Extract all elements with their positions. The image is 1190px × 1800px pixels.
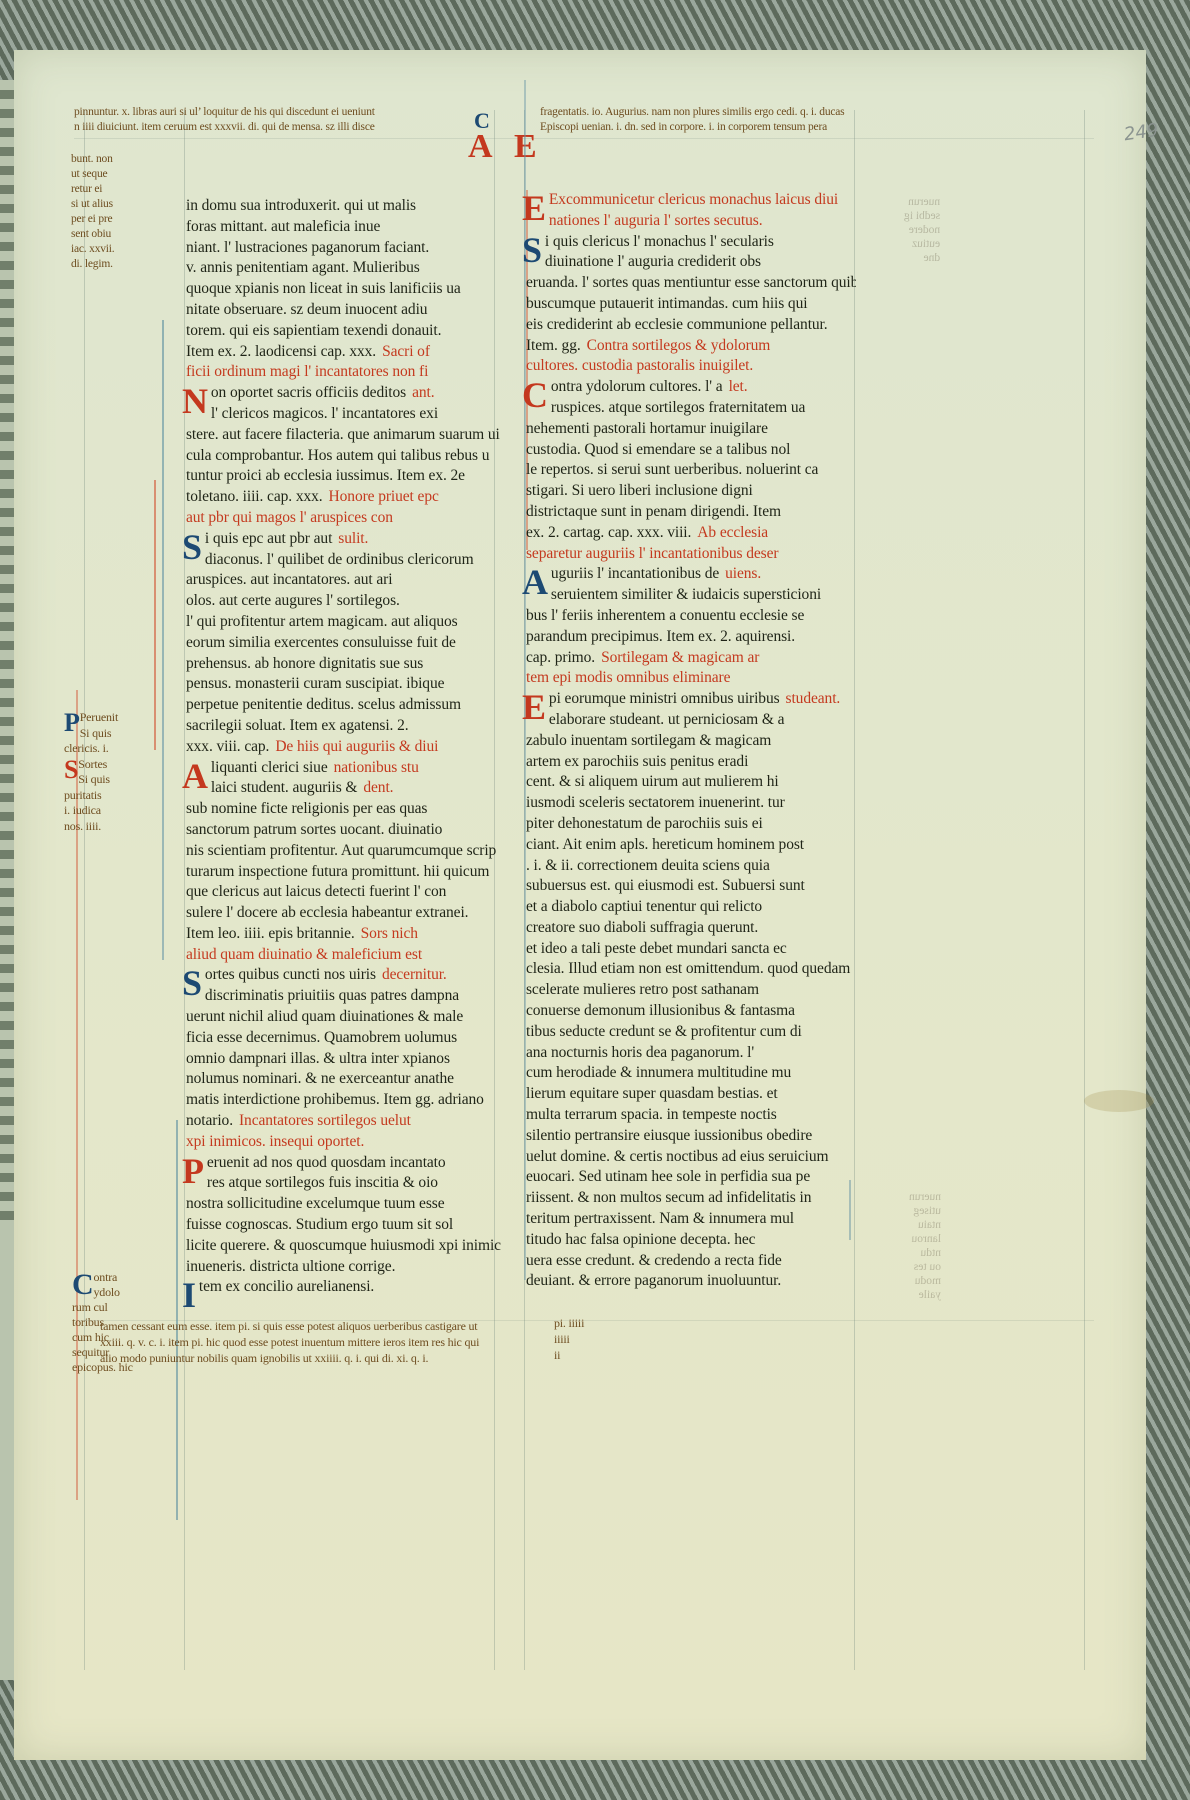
pen-flourish [154, 480, 156, 750]
rubric: nationes l' auguria l' sortes secutus. [549, 212, 763, 229]
text-line: iusmodi sceleris sectatorem inuenerint. … [526, 793, 856, 814]
text-line: quoque xpianis non liceat in suis lanifi… [186, 279, 501, 300]
text-line: parandum precipimus. Item ex. 2. aquiren… [526, 627, 856, 648]
text-line: niant. l' lustraciones paganorum faciant… [186, 238, 501, 259]
line-text: v. annis penitentiam agant. Mulieribus [186, 259, 420, 276]
text-line: nitate obseruare. sz deum inuocent adiu [186, 300, 501, 321]
rubric: xpi inimicos. insequi oportet. [186, 1133, 364, 1150]
text-line: inueneris. districta ultione corrige. [186, 1257, 501, 1278]
gloss-line: alio modo puniuntur nobilis quam ignobil… [100, 1350, 479, 1366]
text-line: artem ex parochiis suis penitus eradi [526, 752, 856, 773]
text-line: Item. gg.Contra sortilegos & ydolorum [526, 336, 856, 357]
text-line: tibus seducte credunt se & profitentur c… [526, 1022, 856, 1043]
line-text: ex. 2. cartag. cap. xxx. viii. [526, 524, 691, 541]
text-line: Si quis epc aut pbr autsulit. [186, 529, 501, 550]
left-middle-margin-gloss: PPeruenit Si quis clericis. i. SSortes S… [64, 710, 118, 834]
line-text: fuisse cognoscas. Studium ergo tuum sit … [186, 1216, 453, 1233]
bottom-gloss-left: tamen cessant eum esse. item pi. si quis… [100, 1318, 479, 1366]
text-line: notario.Incantatores sortilegos uelut [186, 1111, 501, 1132]
line-text: pensus. monasterii curam suscipiat. ibiq… [186, 675, 444, 692]
line-text: ruspices. atque sortilegos fraternitatem… [551, 399, 805, 416]
line-text: piter dehonestatum de parochiis suis ei [526, 815, 763, 832]
text-line: ciant. Ait enim apls. hereticum hominem … [526, 835, 856, 856]
text-line: Epi eorumque ministri omnibus uiribusstu… [526, 689, 856, 710]
text-line: in domu sua introduxerit. qui ut malis [186, 196, 501, 217]
text-line: xpi inimicos. insequi oportet. [186, 1132, 501, 1153]
rubric: studeant. [786, 690, 841, 707]
line-text: ciant. Ait enim apls. hereticum hominem … [526, 836, 804, 853]
text-line: l' qui profitentur artem magicam. aut al… [186, 612, 501, 633]
left-text-column: in domu sua introduxerit. qui ut malisfo… [186, 196, 501, 1313]
text-line: titudo hac falsa opinione decepta. hec [526, 1230, 856, 1251]
decorated-initial: S [182, 529, 202, 565]
text-line: uera esse credunt. & credendo a recta fi… [526, 1251, 856, 1272]
line-text: i quis epc aut pbr aut [205, 530, 332, 547]
text-line: diaconus. l' quilibet de ordinibus cleri… [205, 550, 501, 571]
text-line: toletano. iiii. cap. xxx.Honore priuet e… [186, 487, 501, 508]
line-text: cap. primo. [526, 649, 595, 666]
text-line: omnio dampnari illas. & ultra inter xpia… [186, 1049, 501, 1070]
line-text: eorum similia exercentes consuluisse fui… [186, 634, 456, 651]
decorated-initial: A [182, 758, 208, 794]
line-text: toletano. iiii. cap. xxx. [186, 488, 323, 505]
rubric: Sors nich [361, 925, 418, 942]
gloss-line: di. legim. [71, 257, 114, 272]
line-text: scelerate mulieres retro post sathanam [526, 981, 759, 998]
line-text: eruanda. l' sortes quas mentiuntur esse … [526, 274, 856, 291]
line-text: quoque xpianis non liceat in suis lanifi… [186, 280, 461, 297]
text-line: nehementi pastorali hortamur inuigilare [526, 419, 856, 440]
ruling-line [84, 110, 85, 1670]
line-text: perpetue penitentie deditus. scelus admi… [186, 696, 461, 713]
gloss-line: rum cul [72, 1300, 133, 1315]
text-line: nationes l' auguria l' sortes secutus. [549, 211, 856, 232]
text-line: custodia. Quod si emendare se a talibus … [526, 440, 856, 461]
line-text: tibus seducte credunt se & profitentur c… [526, 1023, 802, 1040]
decorated-initial: S [182, 965, 202, 1001]
top-gloss-left: pinnuntur. x. libras auri si ul’ loquitu… [74, 105, 375, 135]
line-text: sanctorum patrum sortes uocant. diuinati… [186, 821, 442, 838]
text-line: Sortes quibus cuncti nos uirisdecernitur… [186, 965, 501, 986]
line-text: diuinatione l' auguria crediderit obs [545, 253, 761, 270]
line-text: ana nocturnis horis dea paganorum. l' [526, 1044, 754, 1061]
line-text: Item leo. iiii. epis britannie. [186, 925, 355, 942]
rubric: nationibus stu [334, 759, 419, 776]
text-line: nostra sollicitudine excelumque tuum ess… [186, 1194, 501, 1215]
line-text: elaborare studeant. ut perniciosam & a [549, 711, 785, 728]
text-line: piter dehonestatum de parochiis suis ei [526, 814, 856, 835]
manuscript-page: 249 pinnuntur. x. libras auri si ul’ loq… [14, 50, 1146, 1760]
rubric: De hiis qui auguriis & diui [275, 738, 438, 755]
text-line: ana nocturnis horis dea paganorum. l' [526, 1043, 856, 1064]
text-line: xxx. viii. cap.De hiis qui auguriis & di… [186, 737, 501, 758]
text-line: eruanda. l' sortes quas mentiuntur esse … [526, 273, 856, 294]
line-text: multa terrarum spacia. in tempeste nocti… [526, 1106, 777, 1123]
text-line: conuerse demonum illusionibus & fantasma [526, 1001, 856, 1022]
rubric: let. [729, 378, 748, 395]
text-line: aut pbr qui magos l' aruspices con [186, 508, 501, 529]
text-line: scelerate mulieres retro post sathanam [526, 980, 856, 1001]
text-line: Aliquanti clerici siuenationibus stu [186, 758, 501, 779]
gloss-line: pi. iiiii [554, 1315, 584, 1331]
line-text: . i. & ii. correctionem deuita sciens qu… [526, 857, 770, 874]
text-line: seruientem similiter & iudaicis supersti… [551, 585, 856, 606]
gloss-line: sent obiu [71, 227, 114, 242]
line-text: res atque sortilegos fuis inscitia & oio [207, 1174, 438, 1191]
bottom-gloss-right: pi. iiiii iiiii ii [554, 1315, 584, 1363]
line-text: xxx. viii. cap. [186, 738, 269, 755]
rubric: sulit. [338, 530, 368, 547]
line-text: uguriis l' incantationibus de [551, 565, 719, 582]
line-text: omnio dampnari illas. & ultra inter xpia… [186, 1050, 450, 1067]
line-text: olos. aut certe augures l' sortilegos. [186, 592, 400, 609]
line-text: niant. l' lustraciones paganorum faciant… [186, 239, 429, 256]
line-text: parandum precipimus. Item ex. 2. aquiren… [526, 628, 795, 645]
text-line: teritum pertraxissent. Nam & innumera mu… [526, 1209, 856, 1230]
text-line: olos. aut certe augures l' sortilegos. [186, 591, 501, 612]
text-line: tuntur proici ab ecclesia iussimus. Item… [186, 466, 501, 487]
line-text: nehementi pastorali hortamur inuigilare [526, 420, 768, 437]
text-line: Item ex. 2. laodicensi cap. xxx.Sacri of [186, 342, 501, 363]
line-text: turarum inspectione futura promittunt. h… [186, 863, 489, 880]
text-line: diuinatione l' auguria crediderit obs [545, 252, 856, 273]
text-line: torem. qui eis sapientiam texendi donaui… [186, 321, 501, 342]
line-text: uelut domine. & certis noctibus ad eius … [526, 1148, 828, 1165]
text-line: aliud quam diuinatio & maleficium est [186, 945, 501, 966]
gloss-line: n iiii diuiciunt. item ceruum est xxxvii… [74, 120, 375, 135]
text-line: bus l' feriis inherentem a conuentu eccl… [526, 606, 856, 627]
gloss-line: puritatis [64, 788, 118, 804]
line-text: le repertos. si serui sunt uerberibus. n… [526, 461, 818, 478]
initial-p: P [64, 710, 80, 736]
line-text: bus l' feriis inherentem a conuentu eccl… [526, 607, 804, 624]
rubric: cultores. custodia pastoralis inuigilet. [526, 357, 753, 374]
line-text: nis scientiam profitentur. Aut quarumcum… [186, 842, 496, 859]
line-text: uera esse credunt. & credendo a recta fi… [526, 1252, 782, 1269]
gloss-line: fragentatis. io. Augurius. nam non plure… [540, 105, 844, 120]
text-line: Contra ydolorum cultores. l' alet. [526, 377, 856, 398]
rubric: Contra sortilegos & ydolorum [587, 337, 771, 354]
decorated-initial: C [522, 377, 548, 413]
line-text: ontra ydolorum cultores. l' a [551, 378, 723, 395]
line-text: discriminatis priuitiis quas patres damp… [205, 987, 459, 1004]
rubric: aliud quam diuinatio & maleficium est [186, 946, 422, 963]
left-margin-gloss: bunt. non ut seque retur ei si ut alius … [71, 152, 114, 272]
text-line: perpetue penitentie deditus. scelus admi… [186, 695, 501, 716]
text-line: creatore suo diaboli suffragia querunt. [526, 918, 856, 939]
gloss-line: tamen cessant eum esse. item pi. si quis… [100, 1318, 479, 1334]
text-line: ex. 2. cartag. cap. xxx. viii.Ab ecclesi… [526, 523, 856, 544]
gloss-line: clericis. i. [64, 741, 118, 757]
text-line: Item leo. iiii. epis britannie.Sors nich [186, 924, 501, 945]
rubric: tem epi modis omnibus eliminare [526, 669, 730, 686]
line-text: sacrilegii soluat. Item ex agatensi. 2. [186, 717, 409, 734]
text-line: le repertos. si serui sunt uerberibus. n… [526, 460, 856, 481]
decorated-initial: N [182, 383, 208, 419]
line-text: zabulo inuentam sortilegam & magicam [526, 732, 771, 749]
text-line: Auguriis l' incantationibus deuiens. [526, 564, 856, 585]
text-line: sanctorum patrum sortes uocant. diuinati… [186, 820, 501, 841]
gloss-line: ii [554, 1347, 584, 1363]
text-line: cula comprobantur. Hos autem qui talibus… [186, 446, 501, 467]
text-line: deuiant. & errore paganorum inuoluuntur. [526, 1271, 856, 1292]
text-line: tem epi modis omnibus eliminare [526, 668, 856, 689]
line-text: liquanti clerici siue [211, 759, 328, 776]
line-text: clesia. Illud etiam non est omittendum. … [526, 960, 850, 977]
line-text: et a diabolo captiui tenentur qui relict… [526, 898, 762, 915]
line-text: que clericus aut laicus detecti fuerint … [186, 883, 446, 900]
line-text: notario. [186, 1112, 233, 1129]
line-text: on oportet sacris officiis deditos [211, 384, 406, 401]
line-text: tem ex concilio aurelianensi. [199, 1278, 374, 1295]
text-line: zabulo inuentam sortilegam & magicam [526, 731, 856, 752]
text-line: riissent. & non multos secum ad infideli… [526, 1188, 856, 1209]
gloss-line: xxiii. q. v. c. i. item pi. hic quod ess… [100, 1334, 479, 1350]
line-text: pi eorumque ministri omnibus uiribus [549, 690, 780, 707]
text-line: ficii ordinum magi l' incantatores non f… [186, 362, 501, 383]
top-gloss-right: fragentatis. io. Augurius. nam non plure… [540, 105, 844, 135]
line-text: subuersus est. qui eiusmodi est. Subuers… [526, 877, 805, 894]
line-text: matis interdictione prohibemus. Item gg.… [186, 1091, 484, 1108]
line-text: nitate obseruare. sz deum inuocent adiu [186, 301, 427, 318]
gloss-line: ut seque [71, 167, 114, 182]
rubric: Excommunicetur clericus monachus laicus … [549, 191, 838, 208]
text-line: multa terrarum spacia. in tempeste nocti… [526, 1105, 856, 1126]
gloss-line: iiiii [554, 1331, 584, 1347]
line-text: et ideo a tali peste debet mundari sanct… [526, 940, 787, 957]
line-text: cent. & si aliquem uirum aut mulierem hi [526, 773, 779, 790]
line-text: eruenit ad nos quod quosdam incantato [207, 1154, 446, 1171]
rubric: ficii ordinum magi l' incantatores non f… [186, 363, 428, 380]
line-text: uerunt nichil aliud quam diuinationes & … [186, 1008, 463, 1025]
rubric: Ab ecclesia [697, 524, 768, 541]
text-line: stigari. Si uero liberi inclusione digni [526, 481, 856, 502]
text-line: nolumus nominari. & ne exerceantur anath… [186, 1069, 501, 1090]
text-line: turarum inspectione futura promittunt. h… [186, 862, 501, 883]
line-text: Item ex. 2. laodicensi cap. xxx. [186, 343, 376, 360]
text-line: elaborare studeant. ut perniciosam & a [549, 710, 856, 731]
text-line: subuersus est. qui eiusmodi est. Subuers… [526, 876, 856, 897]
rubric: separetur auguriis l' incantationibus de… [526, 545, 778, 562]
initial-c: C [72, 1270, 93, 1300]
text-line: Item ex concilio aurelianensi. [186, 1277, 501, 1298]
line-text: Item. gg. [526, 337, 581, 354]
rubric: uiens. [725, 565, 761, 582]
line-text: laici student. auguriis & [211, 779, 357, 796]
show-through-text: nuerunutisegntaiulanrountduou tesmoduyai… [909, 1190, 941, 1302]
pen-flourish [162, 320, 164, 960]
text-line: sub nomine ficte religionis per eas quas [186, 799, 501, 820]
line-text: torem. qui eis sapientiam texendi donaui… [186, 322, 441, 339]
rubric: aut pbr qui magos l' aruspices con [186, 509, 393, 526]
line-text: nolumus nominari. & ne exerceantur anath… [186, 1070, 454, 1087]
line-text: cula comprobantur. Hos autem qui talibus… [186, 447, 489, 464]
line-text: riissent. & non multos secum ad infideli… [526, 1189, 811, 1206]
ruling-line [1084, 110, 1085, 1670]
line-text: ficia esse decernimus. Quamobrem uolumus [186, 1029, 457, 1046]
line-text: sub nomine ficte religionis per eas quas [186, 800, 427, 817]
initial-s: S [64, 757, 78, 783]
text-line: uerunt nichil aliud quam diuinationes & … [186, 1007, 501, 1028]
line-text: eis crediderint ab ecclesie communione p… [526, 316, 828, 333]
text-line: Si quis clericus l' monachus l' seculari… [526, 232, 856, 253]
text-line: discriminatis priuitiis quas patres damp… [205, 986, 501, 1007]
line-text: l' clericos magicos. l' incantatores exi [211, 405, 438, 422]
line-text: conuerse demonum illusionibus & fantasma [526, 1002, 795, 1019]
text-line: cent. & si aliquem uirum aut mulierem hi [526, 772, 856, 793]
line-text: teritum pertraxissent. Nam & innumera mu… [526, 1210, 794, 1227]
line-text: aruspices. aut incantatores. aut ari [186, 571, 392, 588]
decorated-initial: E [522, 190, 546, 226]
rubric: Sortilegam & magicam ar [601, 649, 759, 666]
line-text: ortes quibus cuncti nos uiris [205, 966, 376, 983]
decorated-initial: I [182, 1277, 196, 1313]
line-text: districtaque sunt in penam dirigendi. It… [526, 503, 781, 520]
text-line: et a diabolo captiui tenentur qui relict… [526, 897, 856, 918]
rubric: ant. [412, 384, 434, 401]
text-line: districtaque sunt in penam dirigendi. It… [526, 502, 856, 523]
text-line: buscumque putauerit intimandas. cum hiis… [526, 294, 856, 315]
text-line: Non oportet sacris officiis deditosant. [186, 383, 501, 404]
text-line: fuisse cognoscas. Studium ergo tuum sit … [186, 1215, 501, 1236]
text-line: eis crediderint ab ecclesie communione p… [526, 315, 856, 336]
line-text: stere. aut facere filacteria. que animar… [186, 426, 500, 443]
gloss-line: si ut alius [71, 197, 114, 212]
text-line: sacrilegii soluat. Item ex agatensi. 2. [186, 716, 501, 737]
text-line: foras mittant. aut maleficia inue [186, 217, 501, 238]
decorated-initial: P [182, 1153, 204, 1189]
rubric: Sacri of [382, 343, 430, 360]
text-line: stere. aut facere filacteria. que animar… [186, 425, 501, 446]
line-text: creatore suo diaboli suffragia querunt. [526, 919, 758, 936]
line-text: licite querere. & quoscumque huiusmodi x… [186, 1237, 501, 1254]
line-text: custodia. Quod si emendare se a talibus … [526, 441, 790, 458]
line-text: deuiant. & errore paganorum inuoluuntur. [526, 1272, 781, 1289]
gloss-line: per ei pre [71, 212, 114, 227]
line-text: silentio pertransire eiusque iussionibus… [526, 1127, 812, 1144]
line-text: cum herodiade & innumera multitudine mu [526, 1064, 791, 1081]
gloss-line: i. iudica [64, 803, 118, 819]
text-line: lierum equitare super quasdam bestias. e… [526, 1084, 856, 1105]
rubric: decernitur. [382, 966, 447, 983]
text-line: cum herodiade & innumera multitudine mu [526, 1063, 856, 1084]
line-text: foras mittant. aut maleficia inue [186, 218, 380, 235]
line-text: diaconus. l' quilibet de ordinibus cleri… [205, 551, 474, 568]
text-line: licite querere. & quoscumque huiusmodi x… [186, 1236, 501, 1257]
gloss-line: bunt. non [71, 152, 114, 167]
text-line: ruspices. atque sortilegos fraternitatem… [551, 398, 856, 419]
line-text: iusmodi sceleris sectatorem inuenerint. … [526, 794, 785, 811]
gloss-line: pinnuntur. x. libras auri si ul’ loquitu… [74, 105, 375, 120]
line-text: seruientem similiter & iudaicis supersti… [551, 586, 821, 603]
rubric: Honore priuet epc [329, 488, 439, 505]
show-through-text: nuerunsedbi ignodereeutiuzdne [904, 195, 940, 265]
line-text: nostra sollicitudine excelumque tuum ess… [186, 1195, 444, 1212]
line-text: stigari. Si uero liberi inclusione digni [526, 482, 753, 499]
decorated-initial: E [522, 689, 546, 725]
text-line: silentio pertransire eiusque iussionibus… [526, 1126, 856, 1147]
gloss-line: Peruenit [80, 710, 118, 724]
text-line: pensus. monasterii curam suscipiat. ibiq… [186, 674, 501, 695]
text-line: l' clericos magicos. l' incantatores exi [211, 404, 501, 425]
line-text: l' qui profitentur artem magicam. aut al… [186, 613, 458, 630]
line-text: euocari. Sed utinam hee sole in perfidia… [526, 1168, 810, 1185]
text-line: aruspices. aut incantatores. aut ari [186, 570, 501, 591]
ruling-line [184, 110, 185, 1670]
folio-number: 249 [1123, 120, 1160, 146]
initial-a: A [468, 128, 493, 166]
text-line: clesia. Illud etiam non est omittendum. … [526, 959, 856, 980]
gloss-line: ontra [93, 1270, 117, 1284]
text-line: Peruenit ad nos quod quosdam incantato [186, 1153, 501, 1174]
text-line: et ideo a tali peste debet mundari sanct… [526, 939, 856, 960]
gloss-line: nos. iiii. [64, 819, 118, 835]
text-line: . i. & ii. correctionem deuita sciens qu… [526, 856, 856, 877]
text-line: nis scientiam profitentur. Aut quarumcum… [186, 841, 501, 862]
text-line: sulere l' docere ab ecclesia habeantur e… [186, 903, 501, 924]
text-line: res atque sortilegos fuis inscitia & oio [207, 1173, 501, 1194]
text-line: laici student. auguriis &dent. [211, 778, 501, 799]
text-line: euocari. Sed utinam hee sole in perfidia… [526, 1167, 856, 1188]
gloss-line: retur ei [71, 182, 114, 197]
ruling-line [74, 138, 1094, 139]
stain [1084, 1090, 1154, 1112]
line-text: lierum equitare super quasdam bestias. e… [526, 1085, 778, 1102]
text-line: v. annis penitentiam agant. Mulieribus [186, 258, 501, 279]
text-line: cap. primo.Sortilegam & magicam ar [526, 648, 856, 669]
decorated-initial: S [522, 232, 542, 268]
line-text: tuntur proici ab ecclesia iussimus. Item… [186, 467, 465, 484]
text-line: prehensus. ab honore dignitatis sue sus [186, 654, 501, 675]
line-text: artem ex parochiis suis penitus eradi [526, 753, 748, 770]
text-line: ficia esse decernimus. Quamobrem uolumus [186, 1028, 501, 1049]
text-line: EExcommunicetur clericus monachus laicus… [526, 190, 856, 211]
text-line: cultores. custodia pastoralis inuigilet. [526, 356, 856, 377]
line-text: buscumque putauerit intimandas. cum hiis… [526, 295, 807, 312]
gloss-line: iac. xxvii. [71, 242, 114, 257]
text-line: matis interdictione prohibemus. Item gg.… [186, 1090, 501, 1111]
line-text: i quis clericus l' monachus l' secularis [545, 233, 774, 250]
text-line: eorum similia exercentes consuluisse fui… [186, 633, 501, 654]
line-text: in domu sua introduxerit. qui ut malis [186, 197, 416, 214]
gloss-line: Episcopi uenian. i. dn. sed in corpore. … [540, 120, 844, 135]
text-line: uelut domine. & certis noctibus ad eius … [526, 1147, 856, 1168]
line-text: inueneris. districta ultione corrige. [186, 1258, 395, 1275]
decorated-initial: A [522, 564, 548, 600]
line-text: titudo hac falsa opinione decepta. hec [526, 1231, 755, 1248]
text-line: separetur auguriis l' incantationibus de… [526, 544, 856, 565]
text-line: que clericus aut laicus detecti fuerint … [186, 882, 501, 903]
right-text-column: EExcommunicetur clericus monachus laicus… [526, 190, 856, 1292]
rubric: dent. [363, 779, 393, 796]
line-text: sulere l' docere ab ecclesia habeantur e… [186, 904, 468, 921]
line-text: prehensus. ab honore dignitatis sue sus [186, 655, 423, 672]
rubric: Incantatores sortilegos uelut [239, 1112, 411, 1129]
gloss-line: Sortes [78, 757, 107, 771]
